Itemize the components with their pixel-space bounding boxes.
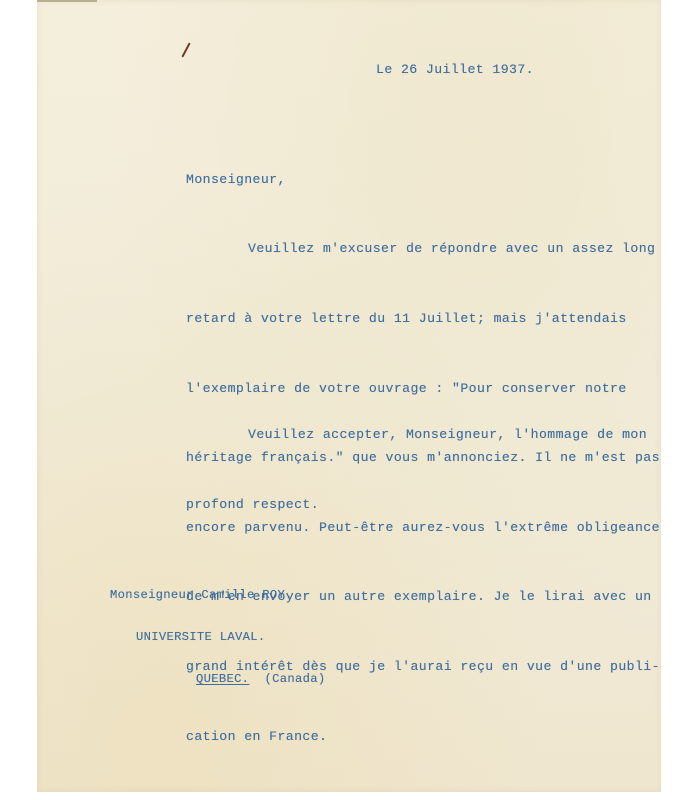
letter-closing: Veuillez accepter, Monseigneur, l'hommag… <box>186 377 647 563</box>
pen-mark <box>181 42 190 57</box>
closing-line: Veuillez accepter, Monseigneur, l'hommag… <box>186 423 647 446</box>
body-line: retard à votre lettre du 11 Juillet; mai… <box>186 307 660 330</box>
page-edge <box>37 0 97 2</box>
recipient-country: (Canada) <box>265 672 326 686</box>
recipient-city: QUEBEC. <box>196 672 249 686</box>
letter-page: Le 26 Juillet 1937. Monseigneur, Veuille… <box>37 0 661 792</box>
salutation: Monseigneur, <box>186 168 286 191</box>
body-line: cation en France. <box>186 725 660 748</box>
recipient-name: Monseigneur Camille ROY. <box>110 588 325 602</box>
recipient-institution: UNIVERSITE LAVAL. <box>110 630 325 644</box>
recipient-address: Monseigneur Camille ROY. UNIVERSITE LAVA… <box>110 560 325 714</box>
closing-line: profond respect. <box>186 493 647 516</box>
letter-date: Le 26 Juillet 1937. <box>376 58 534 81</box>
body-line: Veuillez m'excuser de répondre avec un a… <box>186 237 660 260</box>
recipient-city-line: QUEBEC. (Canada) <box>110 672 325 686</box>
